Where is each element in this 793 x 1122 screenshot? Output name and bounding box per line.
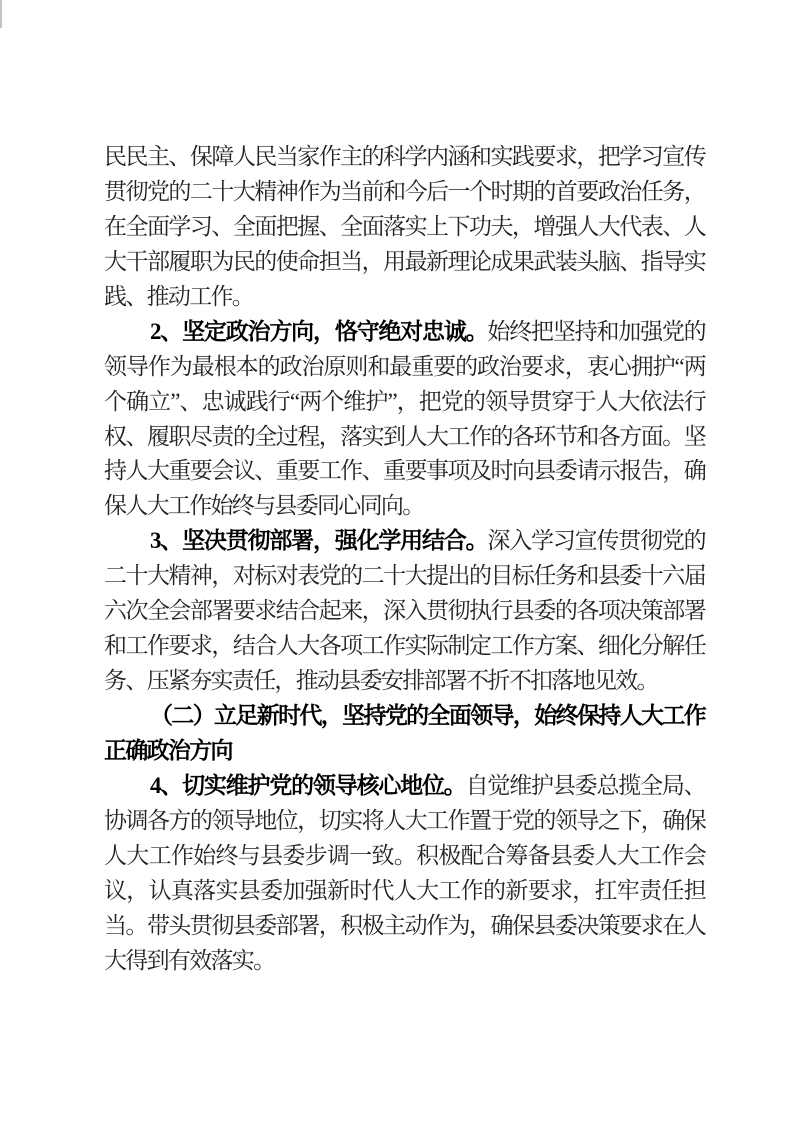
paragraph-lead: 4、切实维护党的领导核心地位。: [150, 773, 466, 798]
paragraph-lead: 2、坚定政治方向，恪守绝对忠诚。: [150, 319, 487, 344]
paragraph-lead: 3、坚决贯彻部署，强化学用结合。: [150, 528, 487, 553]
paragraph: 4、切实维护党的领导核心地位。自觉维护县委总揽全局、协调各方的领导地位，切实将人…: [104, 769, 705, 979]
document-body: 民民主、保障人民当家作主的科学内涵和实践要求，把学习宣传贯彻党的二十大精神作为当…: [104, 140, 705, 979]
paragraph: 民民主、保障人民当家作主的科学内涵和实践要求，把学习宣传贯彻党的二十大精神作为当…: [104, 140, 705, 315]
paragraph-lead: （二）立足新时代，坚持党的全面领导，始终保持人大工作正确政治方向: [104, 703, 705, 763]
paragraph-text: 自觉维护县委总揽全局、协调各方的领导地位，切实将人大工作置于党的领导之下，确保人…: [104, 773, 705, 973]
paragraph: 2、坚定政治方向，恪守绝对忠诚。始终把坚持和加强党的领导作为最根本的政治原则和最…: [104, 315, 705, 525]
paragraph-text: 始终把坚持和加强党的领导作为最根本的政治原则和最重要的政治要求，衷心拥护“两个确…: [104, 319, 705, 519]
paragraph: 3、坚决贯彻部署，强化学用结合。深入学习宣传贯彻党的二十大精神，对标对表党的二十…: [104, 524, 705, 699]
paragraph: （二）立足新时代，坚持党的全面领导，始终保持人大工作正确政治方向: [104, 699, 705, 769]
scan-edge-artifact: [0, 0, 2, 28]
paragraph-text: 民民主、保障人民当家作主的科学内涵和实践要求，把学习宣传贯彻党的二十大精神作为当…: [104, 144, 705, 309]
document-page: 民民主、保障人民当家作主的科学内涵和实践要求，把学习宣传贯彻党的二十大精神作为当…: [0, 0, 793, 1122]
